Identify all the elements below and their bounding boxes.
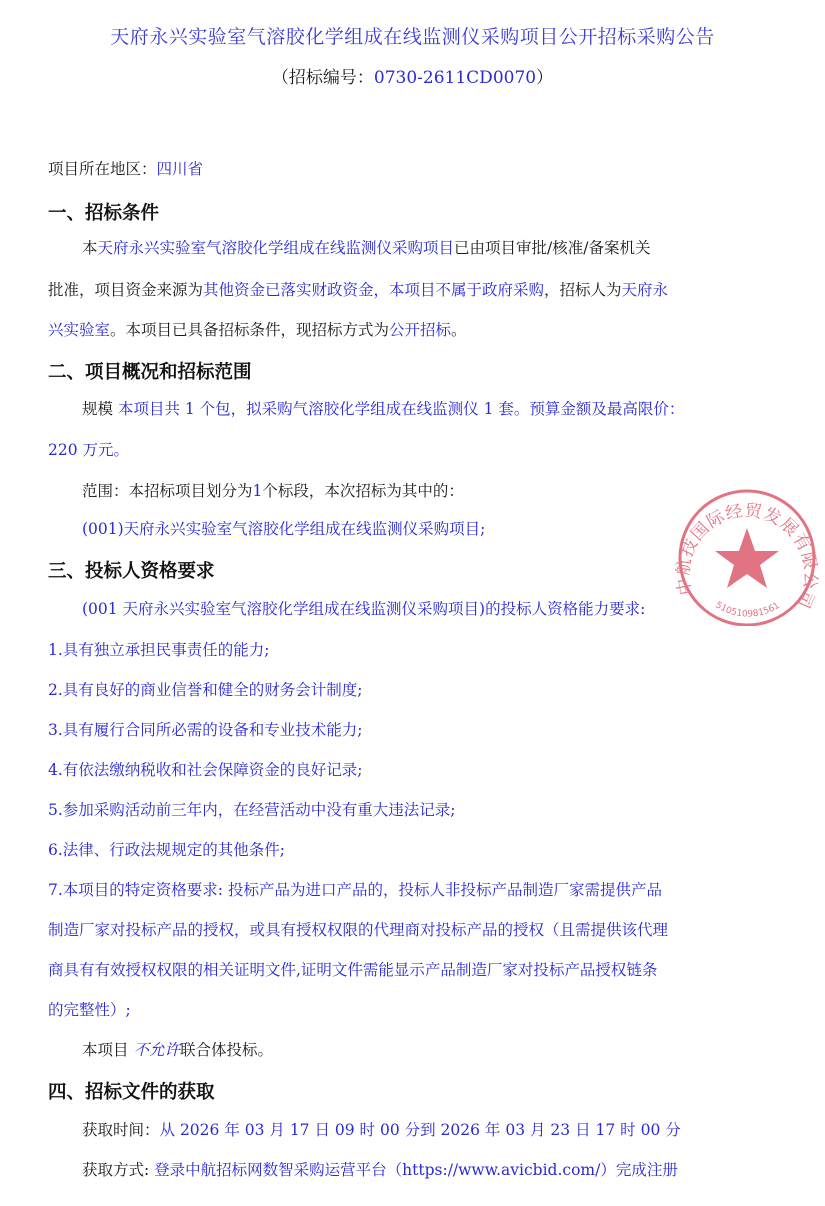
qualification-item-7-line: 制造厂家对投标产品的授权，或具有授权权限的代理商对投标产品的授权（且需提供该代理 xyxy=(48,920,668,940)
bid-number: （招标编号：0730-2611CD0070） xyxy=(0,63,825,88)
qualification-item-7-line: 7.本项目的特定资格要求: 投标产品为进口产品的，投标人非投标产品制造厂家需提供… xyxy=(48,880,662,900)
tenderer-name: 兴实验室 xyxy=(48,321,110,339)
fund-source: 其他资金已落实财政资金，本项目不属于政府采购 xyxy=(203,281,544,299)
qualification-item: 4.有依法缴纳税收和社会保障资金的良好记录; xyxy=(48,760,363,780)
qualification-intro: (001 天府永兴实验室气溶胶化学组成在线监测仪采购项目)的投标人资格能力要求: xyxy=(82,599,645,619)
method-value: 登录中航招标网数智采购运营平台（https://www.avicbid.com/… xyxy=(154,1161,678,1179)
scope-line: 范围：本招标项目划分为1个标段，本次招标为其中的： xyxy=(82,481,464,501)
scale-line2: 220 万元。 xyxy=(48,440,129,460)
section1-para-line2: 批准，项目资金来源为其他资金已落实财政资金，本项目不属于政府采购，招标人为天府永 xyxy=(48,280,668,300)
bid-number-label: （招标编号： xyxy=(272,68,374,88)
scale-line: 规模 本项目共 1 个包，拟采购气溶胶化学组成在线监测仪 1 套。预算金额及最高… xyxy=(82,399,684,419)
section-heading-3: 三、投标人资格要求 xyxy=(48,557,215,583)
text: 本 xyxy=(82,239,98,257)
text: 本项目 xyxy=(82,1041,129,1059)
scope-label: 范围：本招标项目划分为 xyxy=(82,482,253,500)
lot-line: (001)天府永兴实验室气溶胶化学组成在线监测仪采购项目; xyxy=(82,519,485,539)
region-label: 项目所在地区： xyxy=(48,160,157,178)
qualification-item: 5.参加采购活动前三年内，在经营活动中没有重大违法记录; xyxy=(48,800,456,820)
acquisition-time: 获取时间：从 2026 年 03 月 17 日 09 时 00 分到 2026 … xyxy=(82,1120,681,1140)
project-name: 天府永兴实验室气溶胶化学组成在线监测仪采购项目 xyxy=(98,239,455,257)
project-region: 项目所在地区：四川省 xyxy=(48,159,203,179)
section-heading-2: 二、项目概况和招标范围 xyxy=(48,358,252,384)
consortium-line: 本项目 不允许联合体投标。 xyxy=(82,1040,273,1060)
scope-count: 1 xyxy=(253,482,263,500)
qualification-item: 2.具有良好的商业信誉和健全的财务会计制度; xyxy=(48,680,363,700)
qualification-item: 6.法律、行政法规规定的其他条件; xyxy=(48,840,285,860)
company-seal-icon: 中航技国际经贸发展有限公司 510510981561 xyxy=(672,486,822,626)
text: 联合体投标。 xyxy=(180,1041,273,1059)
acquisition-method: 获取方式: 登录中航招标网数智采购运营平台（https://www.avicbi… xyxy=(82,1160,678,1180)
region-value: 四川省 xyxy=(157,160,204,178)
text: 。本项目已具备招标条件，现招标方式为 xyxy=(110,321,389,339)
text: 。 xyxy=(451,321,467,339)
method-label: 获取方式: xyxy=(82,1161,149,1179)
qualification-item-7-line: 商具有有效授权权限的相关证明文件,证明文件需能显示产品制造厂家对投标产品授权链条 xyxy=(48,960,657,980)
time-value: 从 2026 年 03 月 17 日 09 时 00 分到 2026 年 03 … xyxy=(160,1121,681,1139)
scale-label: 规模 xyxy=(82,400,113,418)
bid-number-close: ） xyxy=(536,68,553,88)
page-title: 天府永兴实验室气溶胶化学组成在线监测仪采购项目公开招标采购公告 xyxy=(0,22,825,49)
scope-rest: 个标段，本次招标为其中的： xyxy=(262,482,464,500)
scale-text: 本项目共 1 个包，拟采购气溶胶化学组成在线监测仪 1 套。预算金额及最高限价： xyxy=(118,400,684,418)
tender-method: 公开招标 xyxy=(389,321,451,339)
section-heading-1: 一、招标条件 xyxy=(48,199,159,225)
qualification-item: 1.具有独立承担民事责任的能力; xyxy=(48,640,270,660)
time-label: 获取时间： xyxy=(82,1121,160,1139)
text: 批准，项目资金来源为 xyxy=(48,281,203,299)
qualification-item-7-line: 的完整性）; xyxy=(48,1000,131,1020)
text: ，招标人为 xyxy=(544,281,622,299)
svg-text:中航技国际经贸发展有限公司: 中航技国际经贸发展有限公司 xyxy=(673,501,820,612)
qualification-item: 3.具有履行合同所必需的设备和专业技术能力; xyxy=(48,720,363,740)
bid-number-value: 0730-2611CD0070 xyxy=(374,68,536,88)
section-heading-4: 四、招标文件的获取 xyxy=(48,1078,215,1104)
section1-para-line3: 兴实验室。本项目已具备招标条件，现招标方式为公开招标。 xyxy=(48,320,467,340)
section1-para-line1: 本天府永兴实验室气溶胶化学组成在线监测仪采购项目已由项目审批/核准/备案机关 xyxy=(82,238,650,258)
svg-text:510510981561: 510510981561 xyxy=(713,600,781,619)
text: 已由项目审批/核准/备案机关 xyxy=(454,239,650,257)
tenderer-name: 天府永 xyxy=(622,281,669,299)
consortium-value: 不允许 xyxy=(133,1041,180,1059)
